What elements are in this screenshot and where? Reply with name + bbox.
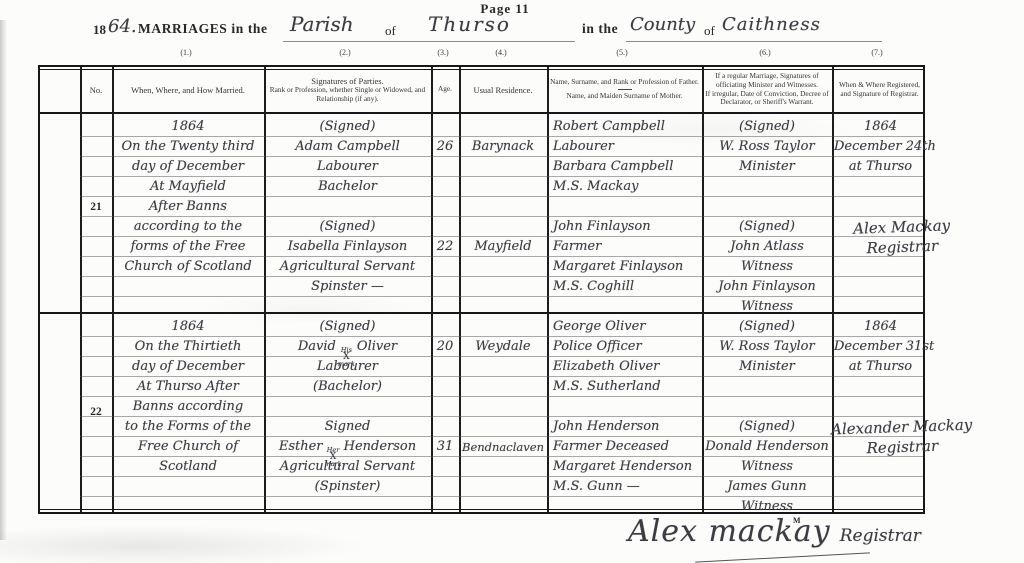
handwritten-line: (Signed) [704,317,830,337]
handwritten-line: M.S. Coghill [553,277,700,297]
handwritten-line: Elizabeth Oliver [553,357,700,377]
entry21-registered-cell: 1864December 24that Thurso [834,117,927,177]
handwritten-line: 1864 [114,317,262,337]
colnum-3: (3.) [437,48,448,57]
handwritten-line: Agricultural Servant [266,257,429,277]
entry21-groom-age: 26 [431,137,459,157]
handwritten-line: forms of the Free [114,237,262,257]
bride-occupation: Agricultural Servant [266,457,429,477]
colnum-5: (5.) [616,48,627,57]
entry21-groom-parents-cell: Robert CampbellLabourerBarbara CampbellM… [549,117,700,197]
entry21-groom-signature-cell: (Signed)Adam CampbellLabourerBachelor [266,117,429,197]
entry21-minister-cell: (Signed)W. Ross TaylorMinister [704,117,830,177]
entry22-number: 22 [80,402,112,422]
handwritten-line: M.S. Sutherland [553,377,700,397]
entry22-groom-parents-cell: George OliverPolice OfficerElizabeth Oli… [549,317,700,397]
entry21-bride-age: 22 [431,237,459,257]
handwritten-line: After Banns [114,197,262,217]
colnum-2: (2.) [339,48,350,57]
entry22-bride-parents-cell: John HendersonFarmer DeceasedMargaret He… [549,417,700,497]
handwritten-line: December 24th [834,137,927,157]
handwritten-line: On the Thirtieth [114,337,262,357]
handwritten-line: James Gunn [704,477,830,497]
of-1: of [385,23,396,39]
year-prefix: 18 [93,22,106,38]
handwritten-line: December 31st [834,337,927,357]
handwritten-line: Robert Campbell [553,117,700,137]
colnum-7: (7.) [871,48,882,57]
handwritten-line: Banns according [114,397,262,417]
entry21-registrar-signature: Alex MackayRegistrar [781,213,1022,261]
entry22-bride-signature-cell: Signed EstherHerXmarkHenderson Agricultu… [266,417,429,497]
entry22-registrar-signature: Alexander MackayRegistrar [781,413,1022,461]
title-marriages: MARRIAGES in the [138,21,268,37]
handwritten-line: at Thurso [834,357,927,377]
parish-word: Parish [290,12,354,36]
entry21-bride-residence: Mayfield [459,237,547,257]
entry22-minister-cell: (Signed)W. Ross TaylorMinister [704,317,830,377]
handwritten-line: John Henderson [553,417,700,437]
header-signatures: Signatures of Parties. Rank or Professio… [264,67,431,112]
handwritten-line: John Finlayson [553,217,700,237]
groom-occupation: Labourer [266,357,429,377]
handwritten-line: day of December [114,157,262,177]
header-residence: Usual Residence. [459,67,547,112]
entry22-groom-signature-cell: (Signed) DavidHisXmarkOliver Labourer (B… [266,317,429,397]
handwritten-line: Bachelor [266,177,429,197]
handwritten-line: day of December [114,357,262,377]
handwritten-line: M.S. Mackay [553,177,700,197]
registrar-signature-name: Alex mackay [628,514,831,549]
colnum-6: (6.) [759,48,770,57]
handwritten-line: Free Church of [114,437,262,457]
handwritten-line: according to the [114,217,262,237]
handwritten-line: Labourer [266,157,429,177]
handwritten-line: Spinster — [266,277,429,297]
handwritten-line: (Signed) [704,117,830,137]
handwritten-line: W. Ross Taylor [704,137,830,157]
handwritten-line: At Thurso After [114,377,262,397]
header-registered: When & Where Registered, and Signature o… [832,67,927,112]
handwritten-line: W. Ross Taylor [704,337,830,357]
handwritten-line: Margaret Finlayson [553,257,700,277]
handwritten-line: John Finlayson [704,277,830,297]
entry22-groom-age: 20 [431,337,459,357]
handwritten-line: Minister [704,157,830,177]
register-page: Page 11 18 64. MARRIAGES in the Parish o… [0,0,1024,563]
handwritten-line: Witness [704,297,830,317]
county-word: County [630,14,695,35]
title-underline [283,41,575,42]
year-handwritten: 64. [108,16,137,37]
colnum-4: (4.) [495,48,506,57]
title-inthe: in the [582,21,618,37]
handwritten-line: M.S. Gunn — [553,477,700,497]
handwritten-line: Farmer Deceased [553,437,700,457]
handwritten-line: (Signed) [266,217,429,237]
entry21-groom-residence: Barynack [459,137,547,157]
header-bottom-rule [40,112,923,114]
bride-name-with-mark: EstherHerXmarkHenderson [266,437,429,457]
handwritten-line: George Oliver [553,317,700,337]
signed-line: Signed [266,417,429,437]
handwritten-line: Minister [704,357,830,377]
registrar-signature-role: Registrar [840,526,921,546]
scan-edge-shadow [0,20,7,540]
handwritten-line: Church of Scotland [114,257,262,277]
parish-name: Thurso [428,12,511,36]
handwritten-line: Labourer [553,137,700,157]
header-when-where: When, Where, and How Married. [112,67,264,112]
handwritten-line: (Signed) [266,117,429,137]
title-underline [626,41,882,42]
header-no: No. [80,67,112,112]
handwritten-line: Scotland [114,457,262,477]
handwritten-line: to the Forms of the [114,417,262,437]
register-table: No. When, Where, and How Married. Signat… [38,65,925,514]
handwritten-line: Adam Campbell [266,137,429,157]
handwritten-line: Farmer [553,237,700,257]
handwritten-line: 1864 [114,117,262,137]
entry22-registered-cell: 1864December 31stat Thurso [834,317,927,377]
handwritten-line: 1864 [834,317,927,337]
handwritten-line: On the Twenty third [114,137,262,157]
of-2: of [704,23,715,39]
entry22-bride-residence: Bendnaclaven [455,437,551,457]
entry21-number: 21 [80,197,112,217]
handwritten-line: Barbara Campbell [553,157,700,177]
handwritten-line: At Mayfield [114,177,262,197]
colnum-1: (1.) [180,48,191,57]
county-name: Caithness [722,14,821,35]
groom-name-with-mark: DavidHisXmarkOliver [266,337,429,357]
groom-status: (Bachelor) [266,377,429,397]
handwritten-line: 1864 [834,117,927,137]
handwritten-line: Police Officer [553,337,700,357]
header-father-mother: Name, Surname, and Rank or Profession of… [547,67,702,112]
signed-line: (Signed) [266,317,429,337]
handwritten-line: Isabella Finlayson [266,237,429,257]
entry21-when-married-cell: 1864On the Twenty thirdday of DecemberAt… [114,117,262,277]
header-minister-witnesses: If a regular Marriage, Signatures of off… [702,67,832,112]
bride-status: (Spinster) [266,477,429,497]
entry22-when-married-cell: 1864On the Thirtiethday of DecemberAt Th… [114,317,262,477]
handwritten-line: Margaret Henderson [553,457,700,477]
entry22-groom-residence: Weydale [459,337,547,357]
handwritten-line: at Thurso [834,157,927,177]
header-divider-dash [618,89,632,90]
entry21-bride-signature-cell: (Signed)Isabella FinlaysonAgricultural S… [266,217,429,297]
header-age: Age. [431,67,459,112]
entry21-bride-parents-cell: John FinlaysonFarmerMargaret FinlaysonM.… [549,217,700,297]
